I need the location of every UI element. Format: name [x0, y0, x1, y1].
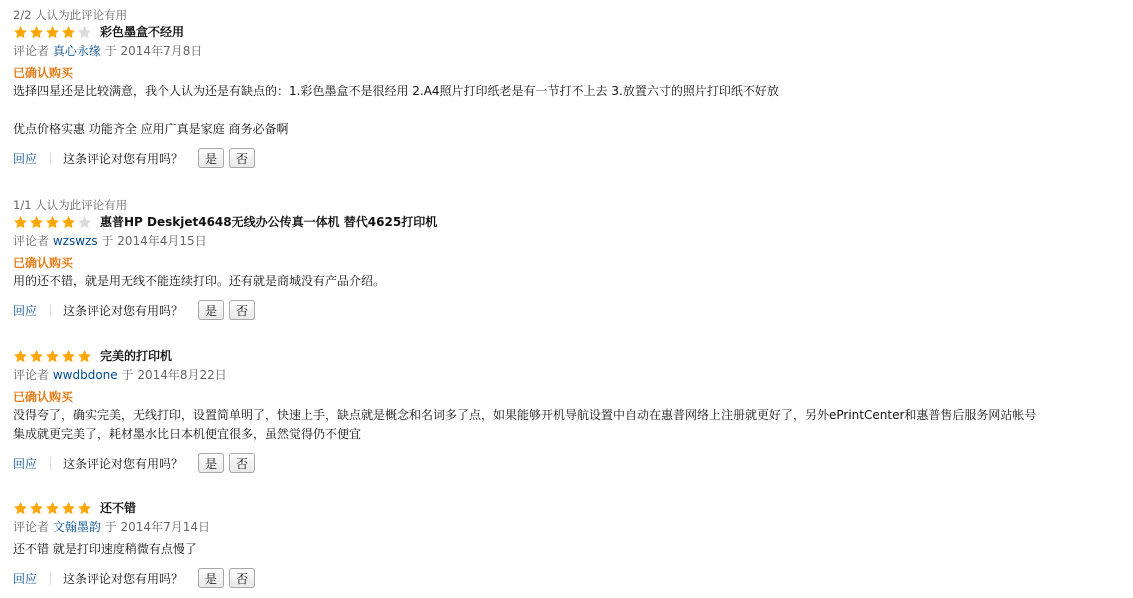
date-prefix: 于 — [105, 44, 117, 58]
reviewer-prefix: 评论者 — [13, 234, 49, 248]
helpful-yes-button[interactable]: 是 — [198, 300, 224, 320]
star-filled-icon — [61, 215, 76, 230]
review-1: 2/2 人认为此评论有用 彩色墨盒不经用 评论者 真心永缘 于 2014年7月8… — [13, 7, 1133, 170]
divider — [50, 572, 51, 585]
star-filled-icon — [13, 25, 28, 40]
star-filled-icon — [61, 501, 76, 516]
star-filled-icon — [45, 349, 60, 364]
review-actions: 回应 这条评论对您有用吗？ 是 否 — [13, 451, 1133, 475]
helpful-no-button[interactable]: 否 — [229, 300, 255, 320]
reviewer-name-link[interactable]: wzswzs — [53, 234, 98, 248]
star-filled-icon — [61, 25, 76, 40]
helpful-question: 这条评论对您有用吗？ — [63, 150, 183, 167]
review-2: 1/1 人认为此评论有用 惠普HP Deskjet4648无线办公传真一体机 替… — [13, 197, 1133, 322]
star-filled-icon — [29, 501, 44, 516]
helpful-count: 2/2 人认为此评论有用 — [13, 7, 1133, 23]
review-title-row: 惠普HP Deskjet4648无线办公传真一体机 替代4625打印机 — [13, 213, 1133, 232]
reviewer-prefix: 评论者 — [13, 44, 49, 58]
verified-purchase-badge: 已确认购买 — [13, 388, 1133, 406]
review-actions: 回应 这条评论对您有用吗？ 是 否 — [13, 298, 1133, 322]
review-title: 惠普HP Deskjet4648无线办公传真一体机 替代4625打印机 — [100, 213, 437, 232]
star-filled-icon — [29, 215, 44, 230]
reviewer-name-link[interactable]: 文翰墨韵 — [53, 520, 101, 534]
review-4: 还不错 评论者 文翰墨韵 于 2014年7月14日 还不错 就是打印速度稍微有点… — [13, 499, 1133, 590]
helpful-question: 这条评论对您有用吗？ — [63, 302, 183, 319]
star-filled-icon — [45, 25, 60, 40]
reviewer-prefix: 评论者 — [13, 368, 49, 382]
star-filled-icon — [13, 501, 28, 516]
review-date: 2014年8月22日 — [137, 368, 226, 382]
date-prefix: 于 — [101, 234, 113, 248]
divider — [50, 152, 51, 165]
reply-link[interactable]: 回应 — [13, 150, 37, 167]
date-prefix: 于 — [105, 520, 117, 534]
review-title: 完美的打印机 — [100, 347, 172, 366]
star-empty-icon — [77, 215, 92, 230]
divider — [50, 457, 51, 470]
helpful-no-button[interactable]: 否 — [229, 568, 255, 588]
star-filled-icon — [13, 215, 28, 230]
star-filled-icon — [45, 215, 60, 230]
reply-link[interactable]: 回应 — [13, 455, 37, 472]
review-meta: 评论者 文翰墨韵 于 2014年7月14日 — [13, 518, 1133, 536]
review-title-row: 彩色墨盒不经用 — [13, 23, 1133, 42]
star-filled-icon — [77, 349, 92, 364]
star-filled-icon — [29, 349, 44, 364]
star-empty-icon — [77, 25, 92, 40]
review-date: 2014年7月14日 — [121, 520, 210, 534]
helpful-yes-button[interactable]: 是 — [198, 453, 224, 473]
star-rating — [13, 349, 93, 364]
star-filled-icon — [45, 501, 60, 516]
review-meta: 评论者 wwdbdone 于 2014年8月22日 — [13, 366, 1133, 384]
date-prefix: 于 — [121, 368, 133, 382]
star-rating — [13, 501, 93, 516]
review-date: 2014年4月15日 — [117, 234, 206, 248]
verified-purchase-badge: 已确认购买 — [13, 254, 1133, 272]
review-meta: 评论者 真心永缘 于 2014年7月8日 — [13, 42, 1133, 60]
review-title-row: 完美的打印机 — [13, 347, 1133, 366]
review-title-row: 还不错 — [13, 499, 1133, 518]
reviewer-prefix: 评论者 — [13, 520, 49, 534]
helpful-question: 这条评论对您有用吗？ — [63, 455, 183, 472]
review-actions: 回应 这条评论对您有用吗？ 是 否 — [13, 146, 1133, 170]
reply-link[interactable]: 回应 — [13, 302, 37, 319]
helpful-question: 这条评论对您有用吗？ — [63, 570, 183, 587]
helpful-no-button[interactable]: 否 — [229, 453, 255, 473]
star-rating — [13, 25, 93, 40]
star-filled-icon — [29, 25, 44, 40]
helpful-count: 1/1 人认为此评论有用 — [13, 197, 1133, 213]
star-filled-icon — [13, 349, 28, 364]
review-body: 没得夸了，确实完美，无线打印，设置简单明了，快速上手，缺点就是概念和名词多了点，… — [13, 406, 1133, 444]
review-date: 2014年7月8日 — [121, 44, 203, 58]
reviewer-name-link[interactable]: 真心永缘 — [53, 44, 101, 58]
helpful-no-button[interactable]: 否 — [229, 148, 255, 168]
star-filled-icon — [77, 501, 92, 516]
divider — [50, 304, 51, 317]
review-actions: 回应 这条评论对您有用吗？ 是 否 — [13, 566, 1133, 590]
star-rating — [13, 215, 93, 230]
review-body: 用的还不错，就是用无线不能连续打印。还有就是商城没有产品介绍。 — [13, 272, 1133, 291]
helpful-yes-button[interactable]: 是 — [198, 148, 224, 168]
review-title: 彩色墨盒不经用 — [100, 23, 184, 42]
reviewer-name-link[interactable]: wwdbdone — [53, 368, 118, 382]
verified-purchase-badge: 已确认购买 — [13, 64, 1133, 82]
review-3: 完美的打印机 评论者 wwdbdone 于 2014年8月22日 已确认购买 没… — [13, 347, 1133, 475]
review-meta: 评论者 wzswzs 于 2014年4月15日 — [13, 232, 1133, 250]
star-filled-icon — [61, 349, 76, 364]
helpful-yes-button[interactable]: 是 — [198, 568, 224, 588]
reply-link[interactable]: 回应 — [13, 570, 37, 587]
review-title: 还不错 — [100, 499, 136, 518]
review-body: 还不错 就是打印速度稍微有点慢了 — [13, 540, 1133, 559]
review-body: 选择四星还是比较满意，我个人认为还是有缺点的：1.彩色墨盒不是很经用 2.A4照… — [13, 82, 1133, 139]
